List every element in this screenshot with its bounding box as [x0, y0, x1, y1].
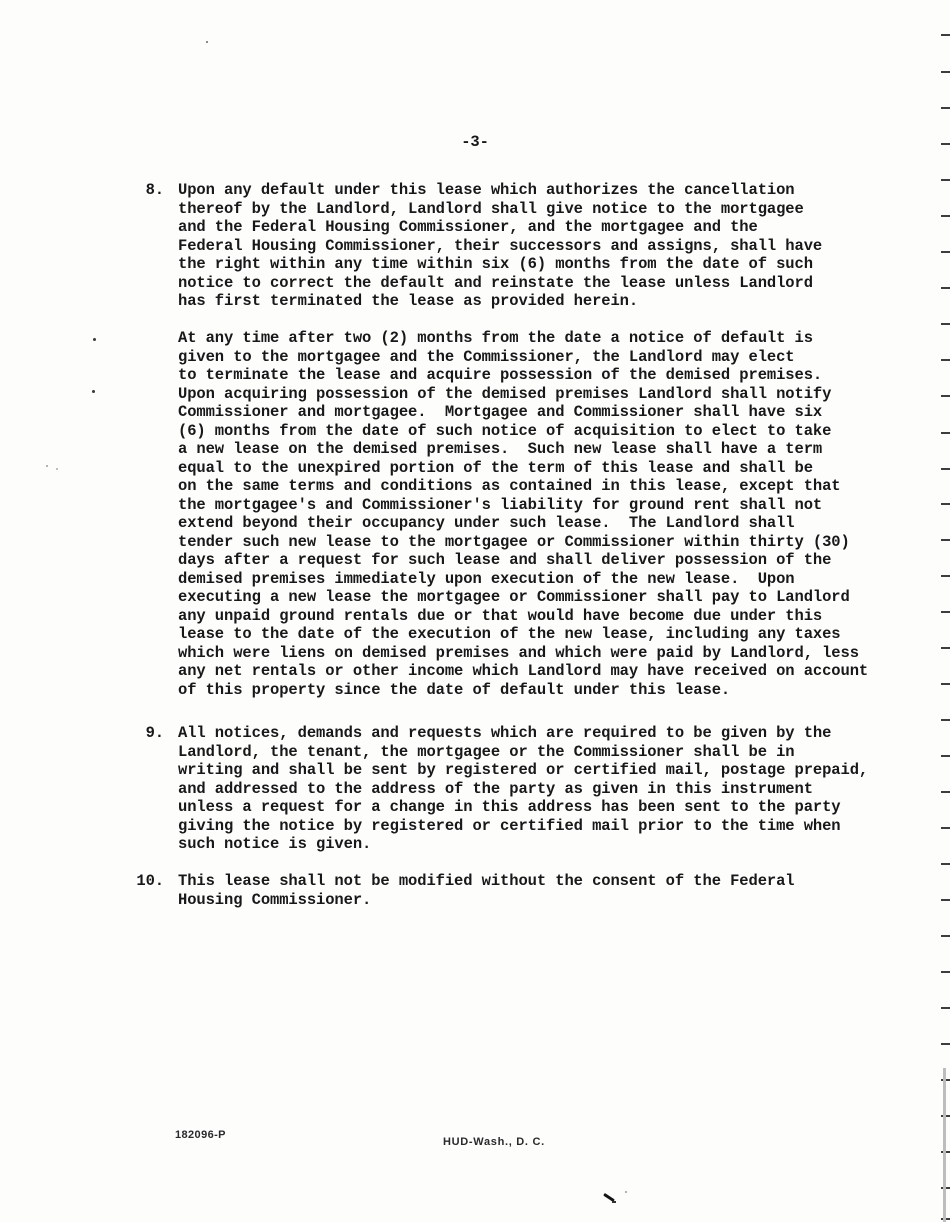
scan-speck [56, 468, 58, 470]
scan-tick-mark [941, 719, 950, 721]
scan-tick-mark [941, 1007, 950, 1009]
scan-tick-mark [941, 935, 950, 937]
ink-squiggle-foot [612, 1201, 616, 1203]
scan-tick-mark [941, 899, 950, 901]
scan-speck [93, 338, 96, 341]
scan-tick-mark [941, 432, 950, 434]
scan-tick-mark [941, 971, 950, 973]
scan-tick-mark [941, 359, 950, 361]
scan-tick-mark [941, 827, 950, 829]
section-8-paragraph-1: Upon any default under this lease which … [178, 181, 894, 311]
scan-tick-mark [941, 683, 950, 685]
scan-speck [46, 465, 48, 467]
scan-tick-mark [941, 1043, 950, 1045]
scan-tick-mark [941, 755, 950, 757]
scan-tick-mark [941, 791, 950, 793]
section-9-body: All notices, demands and requests which … [178, 724, 894, 854]
section-8-body: Upon any default under this lease which … [178, 181, 894, 699]
section-9-paragraph-1: All notices, demands and requests which … [178, 724, 894, 854]
scan-edge-line [943, 1068, 946, 1222]
scan-tick-mark [941, 179, 950, 181]
scan-tick-mark [941, 611, 950, 613]
footer-form-number: 182096-P [175, 1129, 226, 1142]
scan-tick-mark [941, 1151, 950, 1153]
section-8-paragraph-2: At any time after two (2) months from th… [178, 329, 894, 699]
scan-tick-mark [941, 863, 950, 865]
section-10-body: This lease shall not be modified without… [178, 872, 894, 909]
scan-speck [92, 390, 95, 393]
scan-tick-mark [941, 395, 950, 397]
scan-speck [206, 41, 208, 43]
scan-tick-mark [941, 1187, 950, 1189]
scan-tick-mark [941, 647, 950, 649]
scan-tick-mark [941, 468, 950, 470]
scan-tick-mark [941, 215, 950, 217]
section-10-paragraph-1: This lease shall not be modified without… [178, 872, 894, 909]
scan-tick-mark [941, 287, 950, 289]
scan-tick-mark [941, 323, 950, 325]
scan-tick-mark [941, 107, 950, 109]
scan-tick-mark [941, 1079, 950, 1081]
scan-tick-mark [941, 503, 950, 505]
section-8-number: 8. [127, 181, 164, 200]
section-10-number: 10. [127, 872, 164, 891]
page-number: -3- [0, 133, 950, 152]
ink-squiggle-mark [603, 1193, 615, 1202]
scan-tick-mark [941, 1218, 950, 1220]
scan-tick-mark [941, 71, 950, 73]
scan-tick-mark [941, 1115, 950, 1117]
footer-office: HUD-Wash., D. C. [443, 1136, 545, 1149]
scan-tick-mark [941, 575, 950, 577]
scan-speck [625, 1191, 627, 1193]
scan-tick-mark [941, 539, 950, 541]
scan-tick-mark [941, 251, 950, 253]
section-9-number: 9. [127, 724, 164, 743]
scan-tick-mark [941, 34, 950, 36]
document-page: -3- 8. Upon any default under this lease… [0, 0, 950, 1222]
